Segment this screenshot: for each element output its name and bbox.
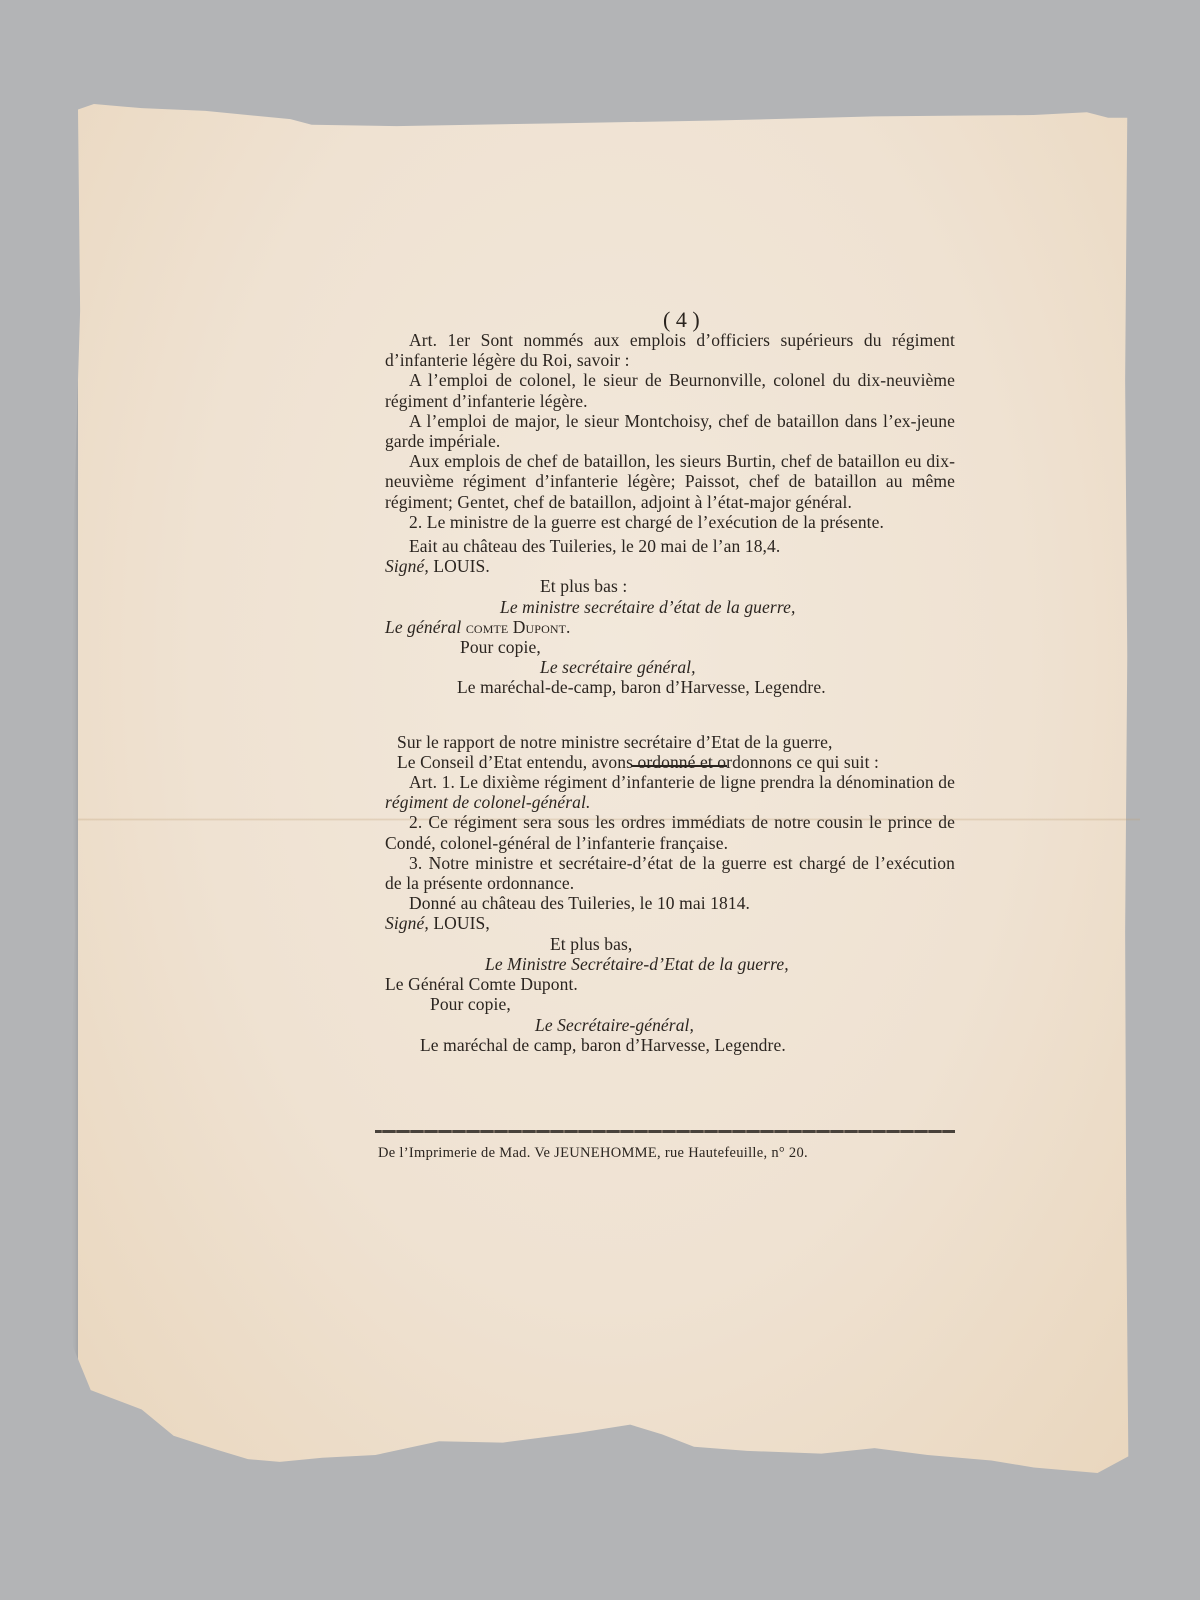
section2-dated-line: Donné au château des Tuileries, le 10 ma… xyxy=(385,893,955,913)
signature-louis: Signé, LOUIS. xyxy=(385,556,955,576)
article-1-text: Art. 1. Le dixième régiment d’infanterie… xyxy=(409,772,955,792)
document-body: Art. 1er Sont nommés aux emplois d’offic… xyxy=(385,330,955,1055)
marechal-signature: Le maréchal-de-camp, baron d’Harvesse, L… xyxy=(385,677,955,697)
section2-signed-name: LOUIS, xyxy=(433,913,490,933)
section2-intro-1: Sur le rapport de notre ministre secréta… xyxy=(385,732,955,752)
section2-minister-title: Le Ministre Secrétaire-d’Etat de la guer… xyxy=(385,954,955,974)
minister-title: Le ministre secrétaire d’état de la guer… xyxy=(385,597,955,617)
article-1-italic: régiment de colonel-général. xyxy=(385,792,590,812)
secretary-title: Le secrétaire général, xyxy=(385,657,955,677)
general-signature: Le général comte Dupont. xyxy=(385,617,955,637)
section2-pour-copie: Pour copie, xyxy=(385,994,955,1014)
section2-secretary-title: Le Secrétaire-général, xyxy=(385,1015,955,1035)
article-2: 2. Le ministre de la guerre est chargé d… xyxy=(385,512,955,532)
signed-name: LOUIS. xyxy=(433,556,490,576)
printer-imprint: De l’Imprimerie de Mad. Ve JEUNEHOMME, r… xyxy=(378,1145,958,1162)
chefs-appointment: Aux emplois de chef de bataillon, les si… xyxy=(385,451,955,512)
section2-intro-2: Le Conseil d’Etat entendu, avons ordonné… xyxy=(385,752,955,772)
signed-label: Signé, xyxy=(385,556,429,576)
section2-signature-louis: Signé, LOUIS, xyxy=(385,913,955,933)
section2-general-signature: Le Général Comte Dupont. xyxy=(385,974,955,994)
et-plus-bas: Et plus bas : xyxy=(385,576,955,596)
section2-signed-label: Signé, xyxy=(385,913,429,933)
section2-marechal-signature: Le maréchal de camp, baron d’Harvesse, L… xyxy=(385,1035,955,1055)
colonel-appointment: A l’emploi de colonel, le sieur de Beurn… xyxy=(385,370,955,410)
section-divider xyxy=(632,765,727,767)
general-label: Le général xyxy=(385,617,461,637)
major-appointment: A l’emploi de major, le sieur Montchoisy… xyxy=(385,411,955,451)
section2-article-3: 3. Notre ministre et secrétaire-d’état d… xyxy=(385,853,955,893)
pour-copie: Pour copie, xyxy=(385,637,955,657)
article-1-intro: Art. 1er Sont nommés aux emplois d’offic… xyxy=(385,330,955,370)
section2-et-plus-bas: Et plus bas, xyxy=(385,934,955,954)
section2-article-1: Art. 1. Le dixième régiment d’infanterie… xyxy=(385,772,955,812)
general-name: comte Dupont. xyxy=(466,617,571,637)
section2-article-2: 2. Ce régiment sera sous les ordres immé… xyxy=(385,812,955,852)
footer-rule xyxy=(375,1130,955,1133)
dated-line: Eait au château des Tuileries, le 20 mai… xyxy=(385,536,955,556)
